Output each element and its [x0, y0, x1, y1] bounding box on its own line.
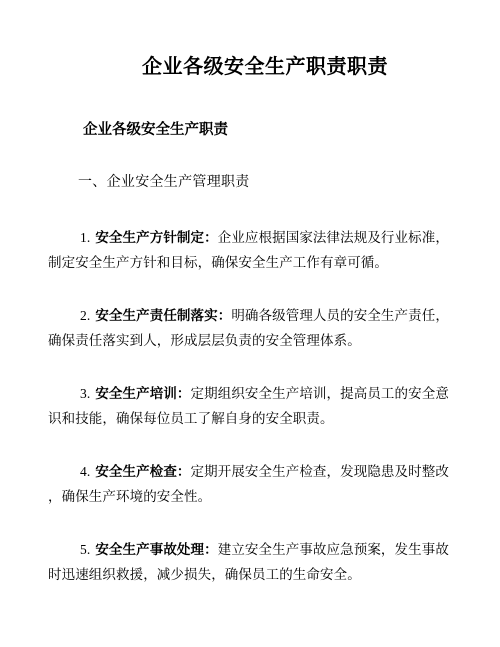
duty-item-2: 2.安全生产责任制落实：明确各级管理人员的安全生产责任， 确保责任落实到人，形成…	[48, 303, 452, 353]
item-number: 1.	[80, 230, 90, 245]
duty-item-line-2: 制定安全生产方针和目标，确保安全生产工作有章可循。	[48, 250, 452, 275]
item-number: 4.	[80, 464, 90, 479]
item-number: 2.	[80, 308, 90, 323]
duty-item-line-2: 识和技能，确保每位员工了解自身的安全职责。	[48, 406, 452, 431]
item-text-line1: 企业应根据国家法律法规及行业标准，	[218, 230, 449, 245]
item-text-line1: 定期组织安全生产培训，提高员工的安全意	[191, 386, 449, 401]
item-number: 5.	[80, 542, 90, 557]
duty-item-5: 5.安全生产事故处理：建立安全生产事故应急预案，发生事故 时迅速组织救援，减少损…	[48, 537, 452, 587]
duty-item-line-2: ，确保生产环境的安全性。	[48, 484, 452, 509]
duty-item-line-2: 确保责任落实到人，形成层层负责的安全管理体系。	[48, 328, 452, 353]
item-text-line1: 建立安全生产事故应急预案，发生事故	[218, 542, 449, 557]
duty-item-line-1: 2.安全生产责任制落实：明确各级管理人员的安全生产责任，	[48, 303, 452, 328]
duty-item-line-1: 5.安全生产事故处理：建立安全生产事故应急预案，发生事故	[48, 537, 452, 562]
item-label: 安全生产事故处理：	[95, 542, 217, 557]
item-label: 安全生产培训：	[95, 386, 190, 401]
duty-item-line-1: 4.安全生产检查：定期开展安全生产检查，发现隐患及时整改	[48, 459, 452, 484]
document-title: 企业各级安全生产职责职责	[78, 52, 452, 82]
section-heading: 一、企业安全生产管理职责	[78, 173, 452, 193]
duty-item-4: 4.安全生产检查：定期开展安全生产检查，发现隐患及时整改 ，确保生产环境的安全性…	[48, 459, 452, 509]
item-label: 安全生产责任制落实：	[95, 308, 231, 323]
item-label: 安全生产方针制定：	[95, 230, 217, 245]
duty-item-1: 1.安全生产方针制定：企业应根据国家法律法规及行业标准， 制定安全生产方针和目标…	[48, 225, 452, 275]
duty-item-line-2: 时迅速组织救援，减少损失，确保员工的生命安全。	[48, 562, 452, 587]
duty-item-3: 3.安全生产培训：定期组织安全生产培训，提高员工的安全意 识和技能，确保每位员工…	[48, 381, 452, 431]
item-text-line1: 明确各级管理人员的安全生产责任，	[231, 308, 449, 323]
item-label: 安全生产检查：	[95, 464, 190, 479]
document-page: 企业各级安全生产职责职责 企业各级安全生产职责 一、企业安全生产管理职责 1.安…	[0, 0, 500, 647]
item-text-line1: 定期开展安全生产检查，发现隐患及时整改	[191, 464, 449, 479]
item-number: 3.	[80, 386, 90, 401]
duty-item-line-1: 3.安全生产培训：定期组织安全生产培训，提高员工的安全意	[48, 381, 452, 406]
document-subtitle: 企业各级安全生产职责	[83, 120, 452, 140]
duty-item-line-1: 1.安全生产方针制定：企业应根据国家法律法规及行业标准，	[48, 225, 452, 250]
